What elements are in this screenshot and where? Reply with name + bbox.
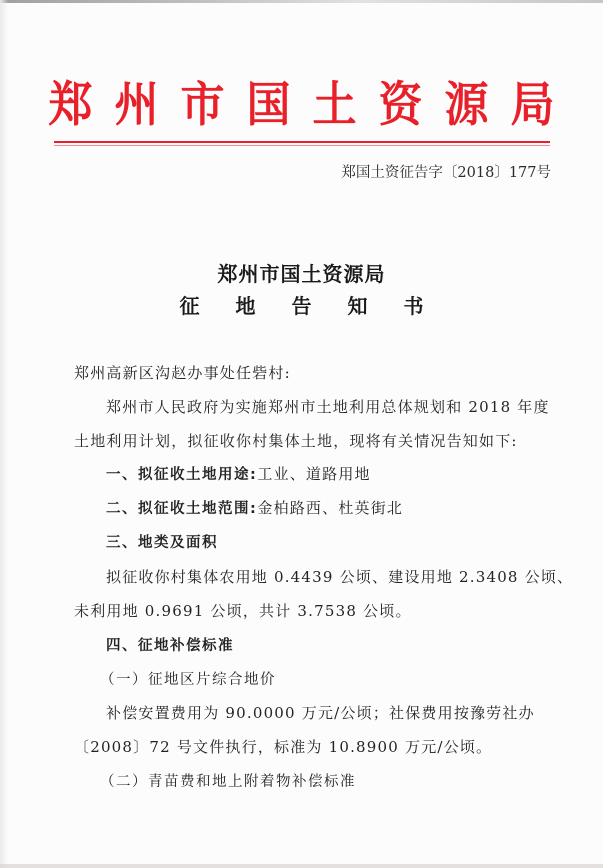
- section-2-content: 金柏路西、杜英街北: [257, 499, 403, 517]
- intro-line-1: 郑州市人民政府为实施郑州市土地利用总体规划和 2018 年度: [106, 396, 550, 417]
- document-number: 郑国土资征告字〔2018〕177号: [341, 161, 551, 182]
- intro-line-2: 土地利用计划，拟征收你村集体土地，现将有关情况告知如下:: [74, 430, 518, 451]
- scan-edge-top: [0, 0, 603, 3]
- section-4-heading: 四、征地补偿标准: [106, 634, 234, 655]
- scan-edge-bottom: [0, 864, 603, 868]
- document-type-title: 征地告知书: [0, 290, 603, 319]
- rule-thick-line: [54, 141, 550, 143]
- section-4-sub-1-line-1: 补偿安置费用为 90.0000 万元/公顷；社保费用按豫劳社办: [106, 702, 535, 723]
- section-3-line-1: 拟征收你村集体农用地 0.4439 公顷、建设用地 2.3408 公顷、: [106, 566, 573, 587]
- rule-thin-line: [54, 145, 550, 146]
- section-3-heading: 三、地类及面积: [106, 531, 218, 552]
- section-2-heading: 二、拟征收土地范围:: [106, 501, 257, 517]
- salutation: 郑州高新区沟赵办事处任砦村:: [74, 362, 291, 383]
- section-4-sub-1-heading: （一）征地区片综合地价: [100, 668, 276, 689]
- section-1-land-use: 一、拟征收土地用途:工业、道路用地: [106, 463, 371, 484]
- section-2-land-range: 二、拟征收土地范围:金柏路西、杜英街北: [106, 497, 403, 518]
- document-issuer-title: 郑州市国土资源局: [0, 258, 603, 287]
- masthead-title: 郑州市国土资源局: [0, 74, 603, 139]
- section-4-sub-2-heading: （二）青苗费和地上附着物补偿标准: [100, 770, 356, 791]
- section-1-content: 工业、道路用地: [257, 465, 370, 483]
- section-4-sub-1-line-2: 〔2008〕72 号文件执行，标准为 10.8900 万元/公顷。: [74, 736, 492, 757]
- section-1-heading: 一、拟征收土地用途:: [106, 467, 257, 483]
- header-red-rule: [54, 141, 550, 146]
- section-3-line-2: 未利用地 0.9691 公顷，共计 3.7538 公顷。: [74, 600, 412, 621]
